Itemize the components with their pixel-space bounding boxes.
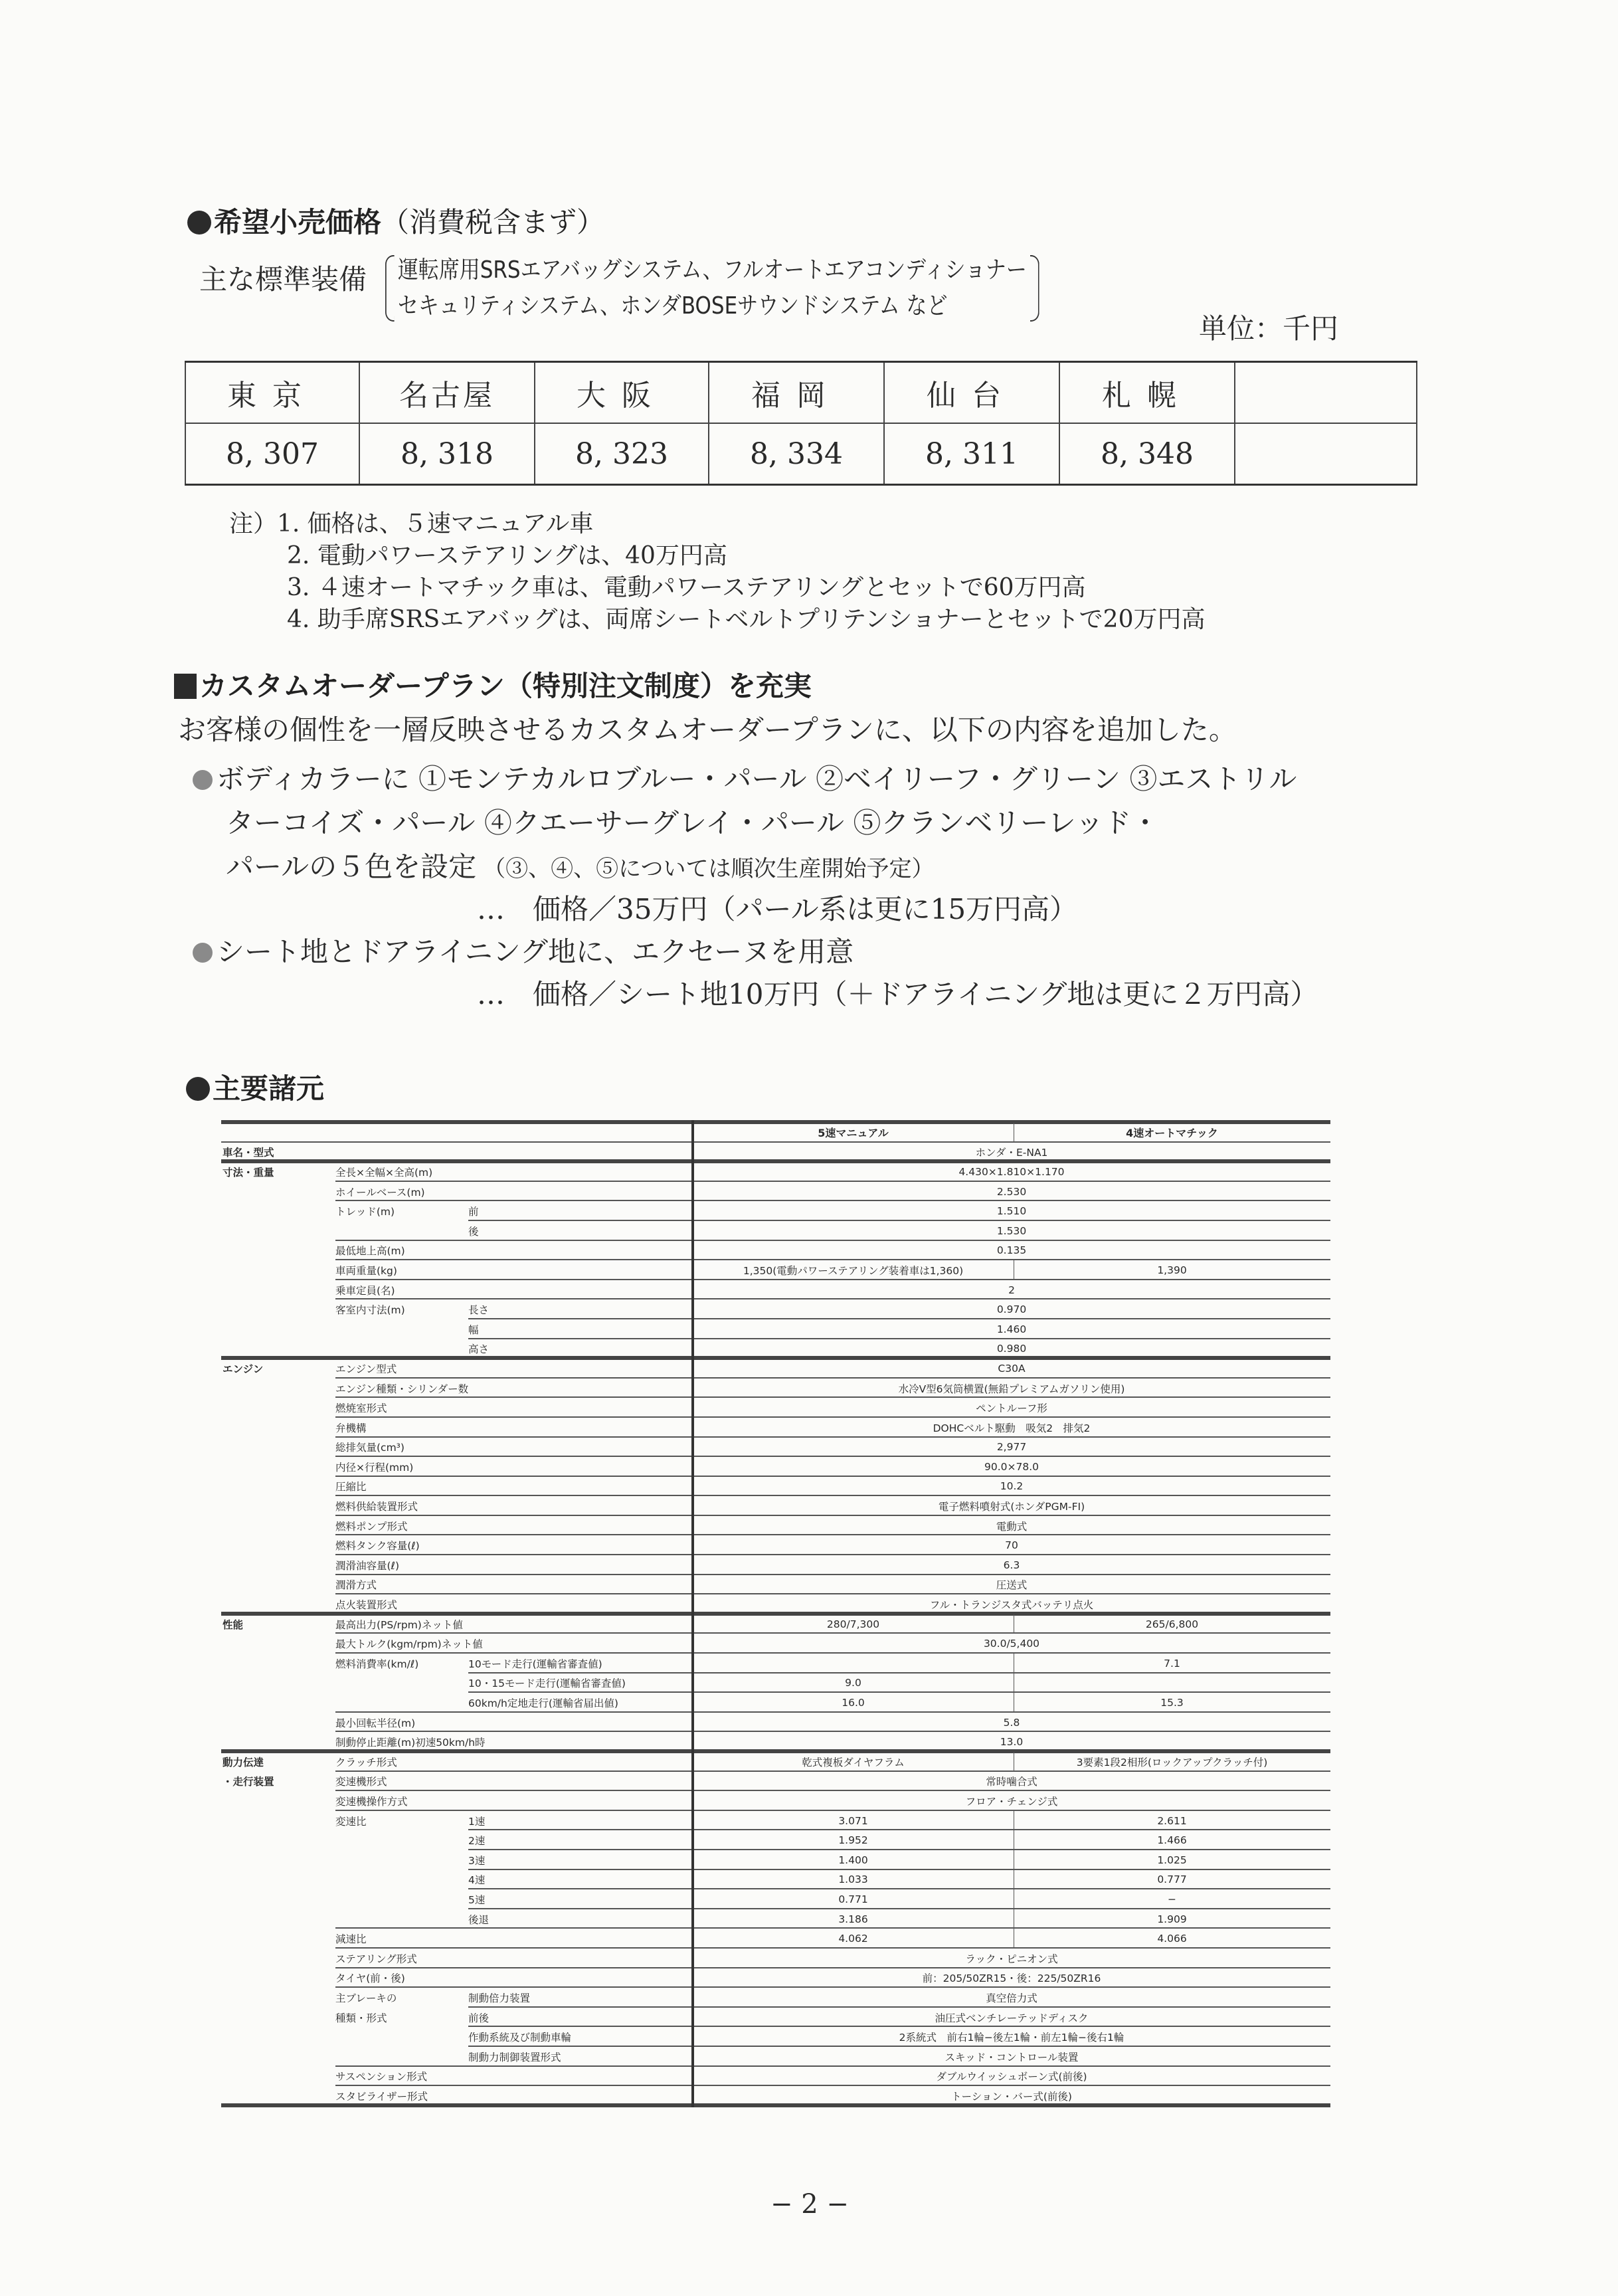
spec-value: 30.0/5,400 xyxy=(693,1634,1330,1654)
spec-row: 乗車定員(名)2 xyxy=(221,1280,1330,1300)
spec-row: 高さ0.980 xyxy=(221,1339,1330,1359)
spec-value-mt: 1.952 xyxy=(693,1830,1014,1850)
body-color-line: パールの５色を設定（③、④、⑤については順次生産開始予定） xyxy=(226,845,935,885)
spec-value: 2.530 xyxy=(693,1182,1330,1202)
spec-value: 油圧式ベンチレーテッドディスク xyxy=(693,2008,1330,2028)
spec-item-label: 総排気量(cm³) xyxy=(335,1438,404,1458)
spec-value-at: 15.3 xyxy=(1014,1693,1330,1713)
city-cell xyxy=(1235,362,1417,424)
price-cell: 8, 318 xyxy=(359,423,535,485)
spec-row: 減速比4.0624.066 xyxy=(221,1929,1330,1949)
spec-subitem-label: 作動系統及び制動車輪 xyxy=(468,2027,571,2047)
bullet-icon xyxy=(193,943,213,963)
spec-row: タイヤ(前・後)前：205/50ZR15・後：225/50ZR16 xyxy=(221,1968,1330,1988)
spec-value: 10.2 xyxy=(693,1477,1330,1497)
spec-item-label: 燃料ポンプ形式 xyxy=(335,1516,408,1536)
price-heading-note: （消費税含まず） xyxy=(381,206,604,239)
spec-value-mt: 1,350(電動パワーステアリング装着車は1,360) xyxy=(693,1260,1014,1280)
spec-row: サスペンション形式ダブルウイッシュボーン式(前後) xyxy=(221,2067,1330,2087)
price-table: 東京 名古屋 大阪 福岡 仙台 札幌 8, 307 8, 318 8, 323 … xyxy=(185,361,1417,486)
spec-row: 4速1.0330.777 xyxy=(221,1870,1330,1890)
spec-item-label: 潤滑油容量(ℓ) xyxy=(335,1555,399,1575)
spec-value: 70 xyxy=(693,1535,1330,1555)
spec-value: 真空倍力式 xyxy=(693,1988,1330,2008)
city-cell: 福岡 xyxy=(709,362,884,424)
spec-row: 後退3.1861.909 xyxy=(221,1909,1330,1929)
spec-subitem-label: 後退 xyxy=(468,1909,489,1929)
spec-row: 燃焼室形式ペントルーフ形 xyxy=(221,1398,1330,1418)
spec-row: ステアリング形式ラック・ピニオン式 xyxy=(221,1949,1330,1968)
spec-value-at: 7.1 xyxy=(1014,1654,1330,1674)
spec-value: 電子燃料噴射式(ホンダPGM-FI) xyxy=(693,1496,1330,1516)
spec-value-mt: 1.033 xyxy=(693,1870,1014,1890)
spec-item-label: 全長×全幅×全高(m) xyxy=(335,1162,432,1182)
spec-subitem-label: 10・15モード走行(運輸省審査値) xyxy=(468,1674,626,1693)
spec-subitem-label: 4速 xyxy=(468,1870,485,1890)
spec-value: 電動式 xyxy=(693,1516,1330,1536)
spec-item-label: タイヤ(前・後) xyxy=(335,1968,405,1988)
spec-item-label: 車両重量(kg) xyxy=(335,1260,397,1280)
spec-row: 点火装置形式フル・トランジスタ式バッテリ点火 xyxy=(221,1594,1330,1614)
body-color-line: ボディカラーに ①モンテカルロブルー・パール ②ベイリーフ・グリーン ③エストリ… xyxy=(193,757,1297,797)
spec-value: 2 xyxy=(693,1280,1330,1300)
spec-value-at: 4.066 xyxy=(1014,1929,1330,1949)
spec-value: 2,977 xyxy=(693,1438,1330,1458)
spec-row: 燃料タンク容量(ℓ)70 xyxy=(221,1535,1330,1555)
spec-row: 客室内寸法(m)長さ0.970 xyxy=(221,1299,1330,1319)
spec-subitem-label: 制動力制御装置形式 xyxy=(468,2047,561,2067)
custom-order-title: カスタムオーダープラン（特別注文制度）を充実 xyxy=(199,670,812,702)
spec-row: 制動力制御装置形式スキッド・コントロール装置 xyxy=(221,2047,1330,2067)
spec-row: 5速0.771− xyxy=(221,1889,1330,1909)
body-color-text: ボディカラーに ①モンテカルロブルー・パール ②ベイリーフ・グリーン ③エストリ… xyxy=(217,763,1297,795)
spec-value: 前：205/50ZR15・後：225/50ZR16 xyxy=(693,1968,1330,1988)
spec-value-mt: 1.400 xyxy=(693,1850,1014,1870)
spec-value: 5.8 xyxy=(693,1713,1330,1733)
spec-value: ペントルーフ形 xyxy=(693,1398,1330,1418)
spec-item-label: 乗車定員(名) xyxy=(335,1280,395,1300)
bullet-icon xyxy=(187,211,211,235)
spec-value: DOHCベルト駆動 吸気2 排気2 xyxy=(693,1418,1330,1438)
spec-item-label: 減速比 xyxy=(335,1929,367,1949)
spec-value: C30A xyxy=(693,1359,1330,1379)
price-note: 2. 電動パワーステアリングは、40万円高 xyxy=(287,537,727,571)
mt-header: 5速マニュアル xyxy=(693,1123,1014,1143)
spec-value: 2系統式 前右1輪−後左1輪・前左1輪−後右1輪 xyxy=(693,2027,1330,2047)
production-note: （③、④、⑤については順次生産開始予定） xyxy=(483,856,934,882)
spec-item-label: トレッド(m) xyxy=(335,1201,395,1221)
spec-row: 幅1.460 xyxy=(221,1319,1330,1339)
spec-item-label: エンジン種類・シリンダー数 xyxy=(335,1379,468,1398)
spec-group-label: 動力伝達 xyxy=(223,1752,264,1772)
spec-value-at: 265/6,800 xyxy=(1014,1614,1330,1634)
spec-row: 車名・型式ホンダ・E-NA1 xyxy=(221,1143,1330,1163)
spec-subitem-label: 3速 xyxy=(468,1850,485,1870)
spec-row: 後1.530 xyxy=(221,1221,1330,1241)
standard-equipment: 主な標準装備 運転席用SRSエアバッグシステム、フルオートエアコンディショナー … xyxy=(199,252,1146,324)
spec-row: 弁機構DOHCベルト駆動 吸気2 排気2 xyxy=(221,1418,1330,1438)
spec-item-label: 圧縮比 xyxy=(335,1477,367,1497)
spec-subitem-label: 後 xyxy=(468,1221,479,1241)
spec-value: 1.510 xyxy=(693,1201,1330,1221)
price-cell: 8, 348 xyxy=(1059,423,1235,485)
spec-item-label: 燃焼室形式 xyxy=(335,1398,387,1418)
page-number: − 2 − xyxy=(770,2189,849,2220)
spec-row: 3速1.4001.025 xyxy=(221,1850,1330,1870)
price-cell: 8, 307 xyxy=(185,423,359,485)
spec-item-label: ステアリング形式 xyxy=(335,1949,417,1968)
row-rule xyxy=(221,2103,1330,2107)
spec-subitem-label: 10モード走行(運輸省審査値) xyxy=(468,1654,602,1674)
spec-item-label: 変速比 xyxy=(335,1811,367,1831)
spec-value-at: 1.025 xyxy=(1014,1850,1330,1870)
spec-value-at: 1.909 xyxy=(1014,1909,1330,1929)
spec-group-label: 性能 xyxy=(223,1614,243,1634)
spec-subitem-label: 前後 xyxy=(468,2008,489,2028)
city-cell: 東京 xyxy=(185,362,359,424)
spec-item-label: 最高出力(PS/rpm)ネット値 xyxy=(335,1614,463,1634)
spec-item-label: 最小回転半径(m) xyxy=(335,1713,415,1733)
equipment-line: 運転席用SRSエアバッグシステム、フルオートエアコンディショナー xyxy=(398,252,1027,288)
label-value-divider xyxy=(691,1120,694,2107)
bullet-icon xyxy=(186,1077,210,1101)
spec-value-at xyxy=(1014,1674,1330,1693)
spec-item-label: 最大トルク(kgm/rpm)ネット値 xyxy=(335,1634,483,1654)
spec-subitem-label: 制動倍力装置 xyxy=(468,1988,530,2008)
spec-row: 燃料ポンプ形式電動式 xyxy=(221,1516,1330,1536)
spec-item-label: サスペンション形式 xyxy=(335,2067,427,2087)
spec-row: 種類・形式前後油圧式ベンチレーテッドディスク xyxy=(221,2008,1330,2028)
spec-row: 動力伝達クラッチ形式乾式複板ダイヤフラム3要素1段2相形(ロックアップクラッチ付… xyxy=(221,1752,1330,1772)
equipment-list: 運転席用SRSエアバッグシステム、フルオートエアコンディショナー セキュリティシ… xyxy=(385,252,1039,324)
spec-row: ・走行装置変速機形式常時噛合式 xyxy=(221,1772,1330,1792)
spec-value-mt: 0.771 xyxy=(693,1889,1014,1909)
spec-row: 最小回転半径(m)5.8 xyxy=(221,1713,1330,1733)
specs-heading: 主要諸元 xyxy=(186,1067,324,1107)
spec-row: エンジンエンジン型式C30A xyxy=(221,1359,1330,1379)
spec-value: スキッド・コントロール装置 xyxy=(693,2047,1330,2067)
spec-group-label: エンジン xyxy=(223,1359,263,1379)
spec-row: 変速機操作方式フロア・チェンジ式 xyxy=(221,1791,1330,1811)
spec-row: 寸法・重量全長×全幅×全高(m)4.430×1.810×1.170 xyxy=(221,1162,1330,1182)
spec-header-row: 5速マニュアル 4速オートマチック xyxy=(221,1123,1330,1143)
spec-subitem-label: 前 xyxy=(468,1201,479,1221)
spec-row: 最低地上高(m)0.135 xyxy=(221,1241,1330,1261)
spec-value-mt xyxy=(693,1654,1014,1674)
spec-item-label: 内径×行程(mm) xyxy=(335,1457,413,1477)
spec-row: 圧縮比10.2 xyxy=(221,1477,1330,1497)
spec-value-mt: 3.071 xyxy=(693,1811,1014,1831)
custom-order-heading: カスタムオーダープラン（特別注文制度）を充実 xyxy=(174,664,812,704)
square-bullet-icon xyxy=(174,674,197,699)
specs-heading-title: 主要諸元 xyxy=(213,1072,324,1105)
spec-item-label: 変速機形式 xyxy=(335,1772,387,1792)
price-cell: 8, 334 xyxy=(709,423,884,485)
spec-row: スタビライザー形式トーション・バー式(前後) xyxy=(221,2086,1330,2106)
spec-value-mt: 3.186 xyxy=(693,1909,1014,1929)
spec-value-at: 1,390 xyxy=(1014,1260,1330,1280)
price-heading-title: 希望小売価格 xyxy=(214,206,381,239)
spec-value-at: 2.611 xyxy=(1014,1811,1330,1831)
spec-value: ラック・ピニオン式 xyxy=(693,1949,1330,1968)
spec-value: 4.430×1.810×1.170 xyxy=(693,1162,1330,1182)
spec-subitem-label: 幅 xyxy=(468,1319,479,1339)
spec-subitem-label: 2速 xyxy=(468,1830,485,1850)
spec-value: 1.530 xyxy=(693,1221,1330,1241)
price-row: 8, 307 8, 318 8, 323 8, 334 8, 311 8, 34… xyxy=(185,423,1417,485)
spec-value: 0.970 xyxy=(693,1299,1330,1319)
spec-value-mt: 4.062 xyxy=(693,1929,1014,1949)
spec-value-at: 1.466 xyxy=(1014,1830,1330,1850)
unit-label: 単位：千円 xyxy=(1199,307,1338,347)
price-cell: 8, 311 xyxy=(884,423,1059,485)
spec-row: 内径×行程(mm)90.0×78.0 xyxy=(221,1457,1330,1477)
price-cell xyxy=(1235,423,1417,485)
seat-material-text: シート地とドアライニング地に、エクセーヌを用意 xyxy=(217,935,854,968)
at-header: 4速オートマチック xyxy=(1014,1123,1330,1143)
body-color-text: パールの５色を設定 xyxy=(226,850,476,883)
spec-group-label: ・走行装置 xyxy=(223,1772,274,1792)
spec-subitem-label: 1速 xyxy=(468,1811,485,1831)
spec-item-label: クラッチ形式 xyxy=(335,1752,397,1772)
city-cell: 仙台 xyxy=(884,362,1059,424)
city-cell: 大阪 xyxy=(535,362,709,424)
price-note: 3. ４速オートマチック車は、電動パワーステアリングとセットで60万円高 xyxy=(287,569,1086,603)
spec-row: 最大トルク(kgm/rpm)ネット値30.0/5,400 xyxy=(221,1634,1330,1654)
spec-value-mt: 9.0 xyxy=(693,1674,1014,1693)
spec-row: 車両重量(kg)1,350(電動パワーステアリング装着車は1,360)1,390 xyxy=(221,1260,1330,1280)
spec-row: 作動系統及び制動車輪2系統式 前右1輪−後左1輪・前左1輪−後右1輪 xyxy=(221,2027,1330,2047)
spec-value: 圧送式 xyxy=(693,1575,1330,1595)
spec-item-label: 燃料供給装置形式 xyxy=(335,1496,418,1516)
equipment-line: セキュリティシステム、ホンダBOSEサウンドシステム など xyxy=(398,288,1027,324)
spec-subitem-label: 60km/h定地走行(運輸省届出値) xyxy=(468,1693,618,1713)
price-cell: 8, 323 xyxy=(535,423,709,485)
spec-row: 制動停止距離(m)初速50km/h時13.0 xyxy=(221,1732,1330,1752)
spec-item-label: 弁機構 xyxy=(335,1418,367,1438)
spec-row: 潤滑油容量(ℓ)6.3 xyxy=(221,1555,1330,1575)
spec-value: 6.3 xyxy=(693,1555,1330,1575)
spec-row: 主ブレーキの制動倍力装置真空倍力式 xyxy=(221,1988,1330,2008)
seat-material-price: … 価格／シート地10万円（＋ドアライニング地は更に２万円高） xyxy=(477,973,1318,1012)
body-color-price: … 価格／35万円（パール系は更に15万円高） xyxy=(477,888,1077,927)
spec-value: 常時噛合式 xyxy=(693,1772,1330,1792)
spec-row: 潤滑方式圧送式 xyxy=(221,1575,1330,1595)
spec-row: 変速比1速3.0712.611 xyxy=(221,1811,1330,1831)
city-cell: 札幌 xyxy=(1059,362,1235,424)
spec-group-label: 寸法・重量 xyxy=(223,1162,274,1182)
spec-rows: 車名・型式ホンダ・E-NA1寸法・重量全長×全幅×全高(m)4.430×1.81… xyxy=(221,1143,1330,2106)
spec-row: 総排気量(cm³)2,977 xyxy=(221,1438,1330,1458)
spec-value: 1.460 xyxy=(693,1319,1330,1339)
spec-value-at: − xyxy=(1014,1889,1330,1909)
spec-value-mt: 乾式複板ダイヤフラム xyxy=(693,1752,1014,1772)
spec-row: 60km/h定地走行(運輸省届出値)16.015.3 xyxy=(221,1693,1330,1713)
spec-item-label: 潤滑方式 xyxy=(335,1575,377,1595)
spec-value: ダブルウイッシュボーン式(前後) xyxy=(693,2067,1330,2087)
spec-row: 燃料消費率(km/ℓ)10モード走行(運輸省審査値)7.1 xyxy=(221,1654,1330,1674)
spec-value: 水冷V型6気筒横置(無鉛プレミアムガソリン使用) xyxy=(693,1379,1330,1398)
price-heading: 希望小売価格（消費税含まず） xyxy=(187,201,604,240)
spec-value-at: 3要素1段2相形(ロックアップクラッチ付) xyxy=(1014,1752,1330,1772)
spec-item-label: 主ブレーキの xyxy=(335,1988,397,2008)
spec-item-label: 客室内寸法(m) xyxy=(335,1299,405,1319)
spec-row: 10・15モード走行(運輸省審査値)9.0 xyxy=(221,1674,1330,1693)
bullet-icon xyxy=(193,770,213,790)
city-cell: 名古屋 xyxy=(359,362,535,424)
body-color-line: ターコイズ・パール ④クエーサーグレイ・パール ⑤クランベリーレッド・ xyxy=(226,801,1159,841)
spec-item-label: 変速機操作方式 xyxy=(335,1791,408,1811)
price-note: 4. 助手席SRSエアバッグは、両席シートベルトプリテンショナーとセットで20万… xyxy=(287,601,1206,634)
spec-value: フロア・チェンジ式 xyxy=(693,1791,1330,1811)
spec-item-label: 最低地上高(m) xyxy=(335,1241,405,1261)
city-row: 東京 名古屋 大阪 福岡 仙台 札幌 xyxy=(185,362,1417,424)
spec-item-label: エンジン型式 xyxy=(335,1359,397,1379)
spec-item-label: ホイールベース(m) xyxy=(335,1182,425,1202)
spec-item-label: 種類・形式 xyxy=(335,2008,387,2028)
spec-row: トレッド(m)前1.510 xyxy=(221,1201,1330,1221)
spec-item-label: 燃料タンク容量(ℓ) xyxy=(335,1535,420,1555)
spec-value-mt: 16.0 xyxy=(693,1693,1014,1713)
spec-row: 2速1.9521.466 xyxy=(221,1830,1330,1850)
spec-subitem-label: 5速 xyxy=(468,1889,485,1909)
spec-row: 性能最高出力(PS/rpm)ネット値280/7,300265/6,800 xyxy=(221,1614,1330,1634)
spec-value: 90.0×78.0 xyxy=(693,1457,1330,1477)
equipment-label: 主な標準装備 xyxy=(199,252,367,298)
spec-row: 燃料供給装置形式電子燃料噴射式(ホンダPGM-FI) xyxy=(221,1496,1330,1516)
spec-row: エンジン種類・シリンダー数水冷V型6気筒横置(無鉛プレミアムガソリン使用) xyxy=(221,1379,1330,1398)
custom-order-intro: お客様の個性を一層反映させるカスタムオーダープランに、以下の内容を追加した。 xyxy=(178,708,1237,748)
price-note: 注）1. 価格は、５速マニュアル車 xyxy=(229,505,593,539)
seat-material-line: シート地とドアライニング地に、エクセーヌを用意 xyxy=(193,930,854,970)
spec-item-label: 燃料消費率(km/ℓ) xyxy=(335,1654,418,1674)
spec-value-mt: 280/7,300 xyxy=(693,1614,1014,1634)
spec-row: ホイールベース(m)2.530 xyxy=(221,1182,1330,1202)
spec-value: 0.135 xyxy=(693,1241,1330,1261)
spec-subitem-label: 長さ xyxy=(468,1299,489,1319)
spec-value-at: 0.777 xyxy=(1014,1870,1330,1890)
spec-table: 5速マニュアル 4速オートマチック 車名・型式ホンダ・E-NA1寸法・重量全長×… xyxy=(221,1123,1330,2106)
